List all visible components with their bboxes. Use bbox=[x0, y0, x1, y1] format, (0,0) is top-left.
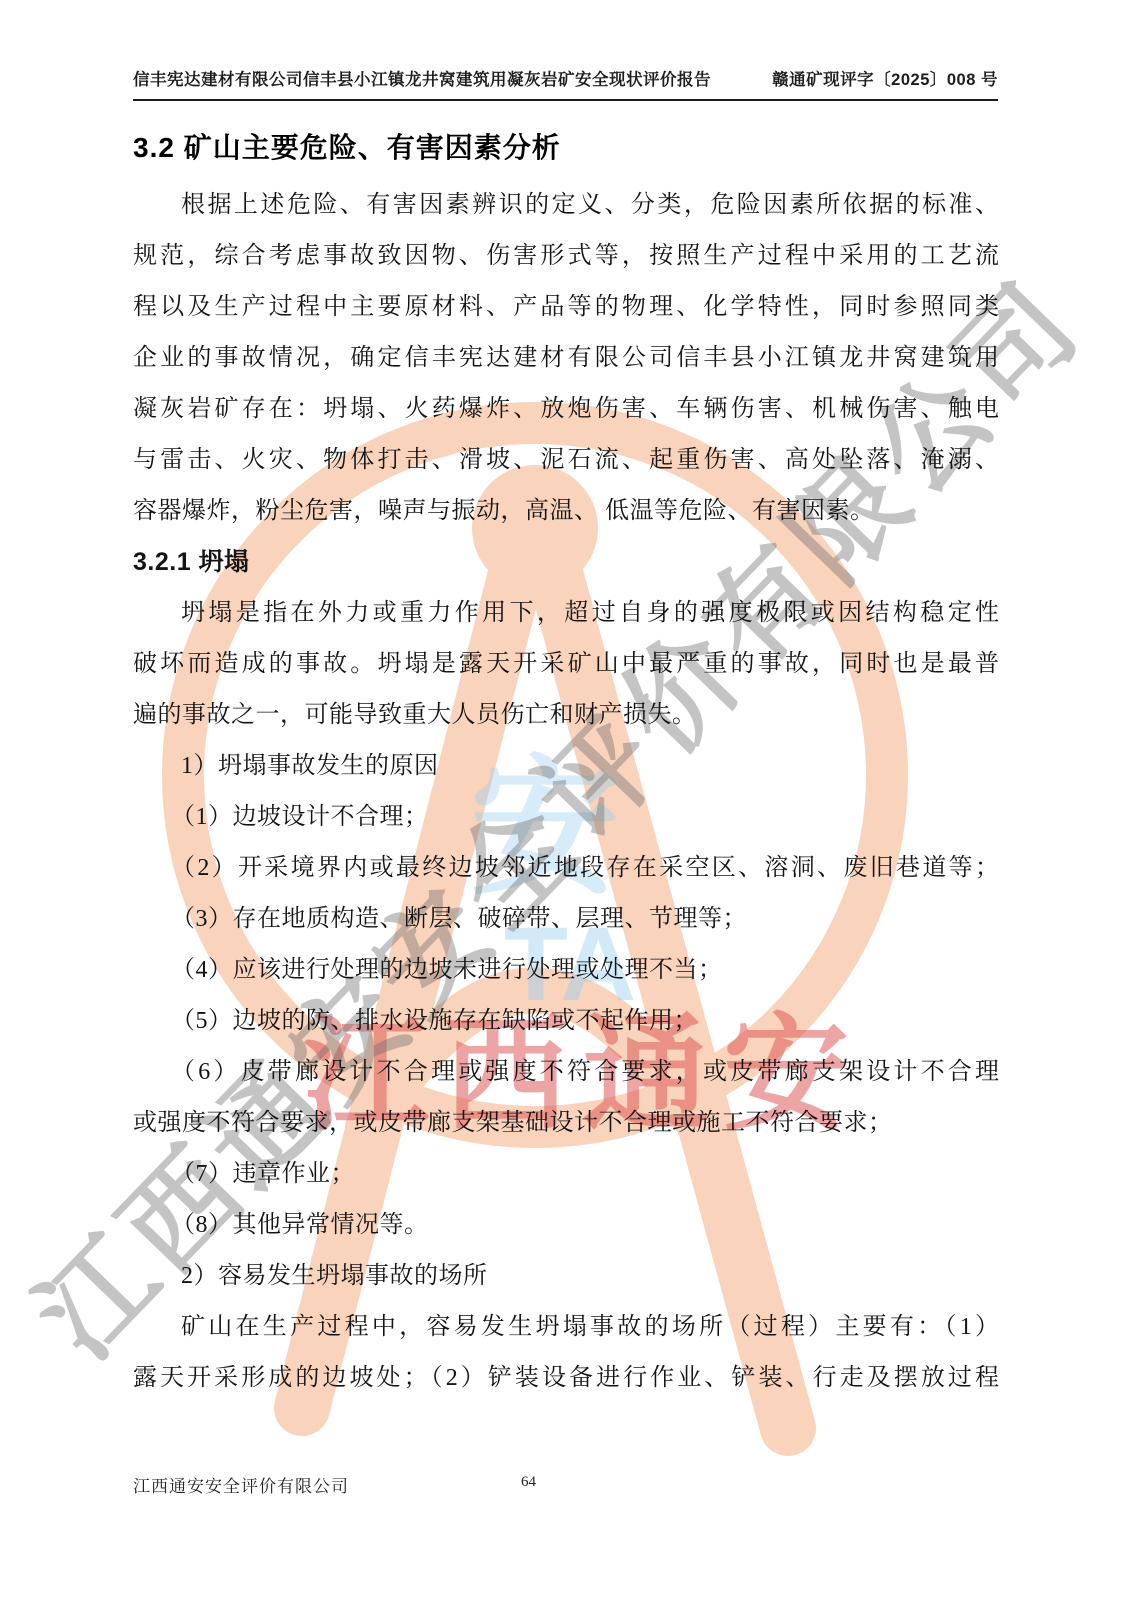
text-line: 矿山在生产过程中，容易发生坍塌事故的场所（过程）主要有：（1） bbox=[133, 1302, 999, 1353]
text-line: 规范，综合考虑事故致因物、伤害形式等，按照生产过程中采用的工艺流 bbox=[133, 231, 999, 282]
text-line: 坍塌是指在外力或重力作用下，超过自身的强度极限或因结构稳定性 bbox=[133, 588, 999, 639]
text-line: 露天开采形成的边坡处；（2）铲装设备进行作业、铲装、行走及摆放过程 bbox=[133, 1353, 999, 1404]
body-lines: 根据上述危险、有害因素辨识的定义、分类，危险因素所依据的标准、规范，综合考虑事故… bbox=[133, 180, 999, 1404]
subsection-heading: 3.2.1 坍塌 bbox=[133, 537, 999, 588]
text-line: 与雷击、火灾、物体打击、滑坡、泥石流、起重伤害、高处坠落、淹溺、 bbox=[133, 435, 999, 486]
header-report-title: 信丰宪达建材有限公司信丰县小江镇龙井窝建筑用凝灰岩矿安全现状评价报告 bbox=[133, 66, 711, 90]
page-header: 信丰宪达建材有限公司信丰县小江镇龙井窝建筑用凝灰岩矿安全现状评价报告 赣通矿现评… bbox=[133, 66, 998, 101]
section-title: 3.2 矿山主要危险、有害因素分析 bbox=[133, 126, 561, 166]
text-line: 1）坍塌事故发生的原因 bbox=[133, 741, 999, 792]
page-number: 64 bbox=[521, 1474, 536, 1491]
footer-company-name: 江西通安安全评价有限公司 bbox=[133, 1472, 349, 1497]
text-line: （1）边坡设计不合理； bbox=[133, 792, 999, 843]
text-line: 破坏而造成的事故。坍塌是露天开采矿山中最严重的事故，同时也是最普 bbox=[133, 639, 999, 690]
page-footer: 江西通安安全评价有限公司 64 bbox=[133, 1472, 998, 1502]
text-line: （3）存在地质构造、断层、破碎带、层理、节理等； bbox=[133, 894, 999, 945]
text-line: 程以及生产过程中主要原材料、产品等的物理、化学特性，同时参照同类 bbox=[133, 282, 999, 333]
document-content: 信丰宪达建材有限公司信丰县小江镇龙井窝建筑用凝灰岩矿安全现状评价报告 赣通矿现评… bbox=[0, 0, 1131, 1600]
text-line: （6）皮带廊设计不合理或强度不符合要求，或皮带廊支架设计不合理 bbox=[133, 1047, 999, 1098]
text-line: 企业的事故情况，确定信丰宪达建材有限公司信丰县小江镇龙井窝建筑用 bbox=[133, 333, 999, 384]
text-line: （2）开采境界内或最终边坡邻近地段存在采空区、溶洞、废旧巷道等； bbox=[133, 843, 999, 894]
text-line: 遍的事故之一，可能导致重大人员伤亡和财产损失。 bbox=[133, 690, 999, 741]
text-line: 2）容易发生坍塌事故的场所 bbox=[133, 1251, 999, 1302]
text-line: （4）应该进行处理的边坡未进行处理或处理不当； bbox=[133, 945, 999, 996]
text-line: 根据上述危险、有害因素辨识的定义、分类，危险因素所依据的标准、 bbox=[133, 180, 999, 231]
text-line: 容器爆炸，粉尘危害，噪声与振动，高温、 低温等危险、有害因素。 bbox=[133, 486, 999, 537]
header-doc-number: 赣通矿现评字〔2025〕008 号 bbox=[772, 66, 998, 90]
text-line: （7）违章作业； bbox=[133, 1149, 999, 1200]
text-line: （8）其他异常情况等。 bbox=[133, 1200, 999, 1251]
text-line: （5）边坡的防、排水设施存在缺陷或不起作用； bbox=[133, 996, 999, 1047]
text-line: 或强度不符合要求，或皮带廊支架基础设计不合理或施工不符合要求； bbox=[133, 1098, 999, 1149]
report-page: 安 TA 江西通安 江西通安安全评价有限公司 信丰宪达建材有限公司信丰县小江镇龙… bbox=[0, 0, 1131, 1600]
text-line: 凝灰岩矿存在：坍塌、火药爆炸、放炮伤害、车辆伤害、机械伤害、触电 bbox=[133, 384, 999, 435]
